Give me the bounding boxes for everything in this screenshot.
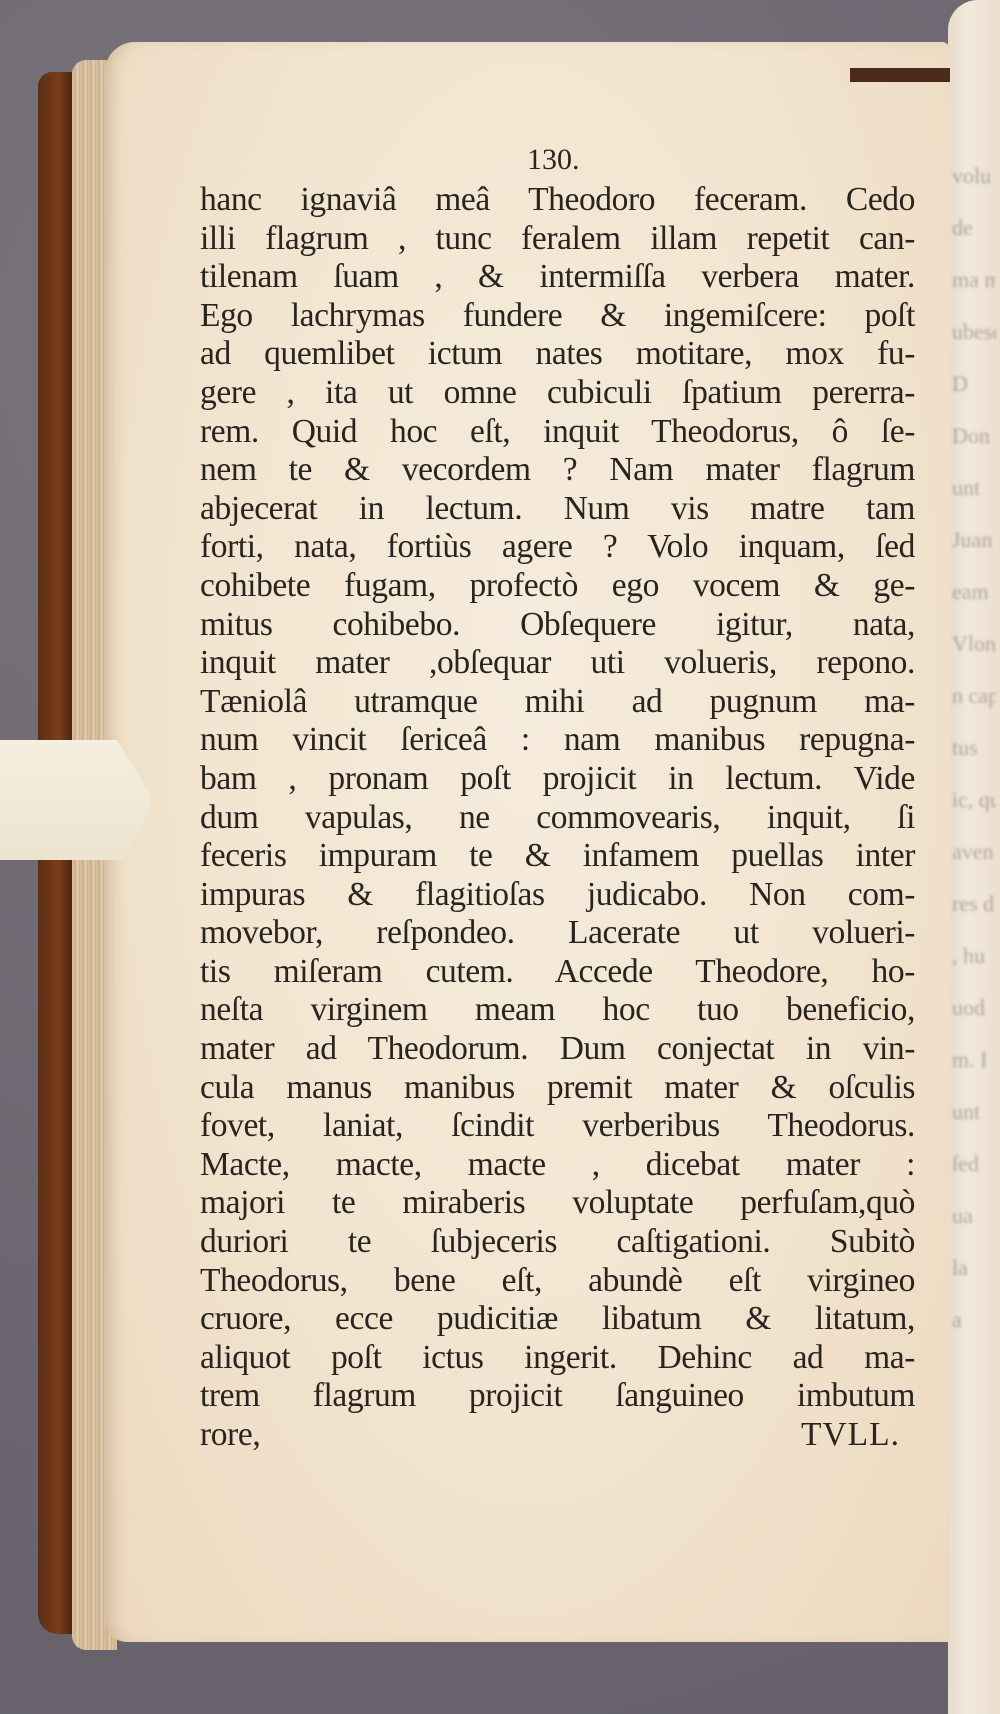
text-line: feceris impuram te & infamem puellas int… (200, 837, 915, 876)
text-line: trem flagrum projicit ſanguineo imbutum (200, 1377, 915, 1416)
text-line: impuras & flagitioſas judicabo. Non com- (200, 876, 915, 915)
text-line: bam , pronam poſt projicit in lectum. Vi… (200, 760, 915, 799)
text-line: neſta virginem meam hoc tuo beneficio, (200, 991, 915, 1030)
text-line: tis miſeram cutem. Accede Theodore, ho- (200, 953, 915, 992)
cover-edge (850, 68, 950, 82)
text-line: majori te miraberis voluptate perfuſam,q… (200, 1184, 915, 1223)
page-number: 130. (527, 143, 580, 177)
text-line: hanc ignaviâ meâ Theodoro feceram. Cedo (200, 181, 915, 220)
text-line: mitus cohibebo. Obſequere igitur, nata, (200, 606, 915, 645)
text-line: cohibete fugam, profectò ego vocem & ge- (200, 567, 915, 606)
facing-page-text: volu de ma mul ubesc D Don unt Juan eam … (952, 150, 996, 1450)
last-line-text: rore, (200, 1416, 260, 1455)
text-line: Theodorus, bene eſt, abundè eſt virgineo (200, 1262, 915, 1301)
text-line: duriori te ſubjeceris caſtigationi. Subi… (200, 1223, 915, 1262)
text-line: Tæniolâ utramque mihi ad pugnum ma- (200, 683, 915, 722)
text-line: illi flagrum , tunc feralem illam repeti… (200, 220, 915, 259)
text-line: tilenam ſuam , & intermiſſa verbera mate… (200, 258, 915, 297)
text-line: fovet, laniat, ſcindit verberibus Theodo… (200, 1107, 915, 1146)
text-lines: hanc ignaviâ meâ Theodoro feceram. Cedo … (200, 181, 915, 1455)
text-line: nem te & vecordem ? Nam mater flagrum (200, 451, 915, 490)
text-line: movebor, reſpondeo. Lacerate ut volueri- (200, 914, 915, 953)
text-line: abjecerat in lectum. Num vis matre tam (200, 490, 915, 529)
text-line: ad quemlibet ictum nates motitare, mox f… (200, 335, 915, 374)
text-line: aliquot poſt ictus ingerit. Dehinc ad ma… (200, 1339, 915, 1378)
text-line: num vincit ſericeâ : nam manibus repugna… (200, 721, 915, 760)
text-line: rem. Quid hoc eſt, inquit Theodorus, ô ſ… (200, 413, 915, 452)
final-line: rore, TVLL. (200, 1416, 900, 1455)
text-line: dum vapulas, ne commovearis, inquit, ſi (200, 799, 915, 838)
catchword: TVLL. (801, 1416, 900, 1455)
text-line: cruore, ecce pudicitiæ libatum & litatum… (200, 1300, 915, 1339)
page-holder-weight (0, 740, 150, 860)
text-line: gere , ita ut omne cubiculi ſpatium pere… (200, 374, 915, 413)
text-line: Macte, macte, macte , dicebat mater : (200, 1146, 915, 1185)
text-line: forti, nata, fortiùs agere ? Volo inquam… (200, 528, 915, 567)
text-line: Ego lachrymas fundere & ingemiſcere: poſ… (200, 297, 915, 336)
text-line: cula manus manibus premit mater & oſculi… (200, 1069, 915, 1108)
text-line: mater ad Theodorum. Dum conjectat in vin… (200, 1030, 915, 1069)
text-line: inquit mater ,obſequar uti volueris, rep… (200, 644, 915, 683)
